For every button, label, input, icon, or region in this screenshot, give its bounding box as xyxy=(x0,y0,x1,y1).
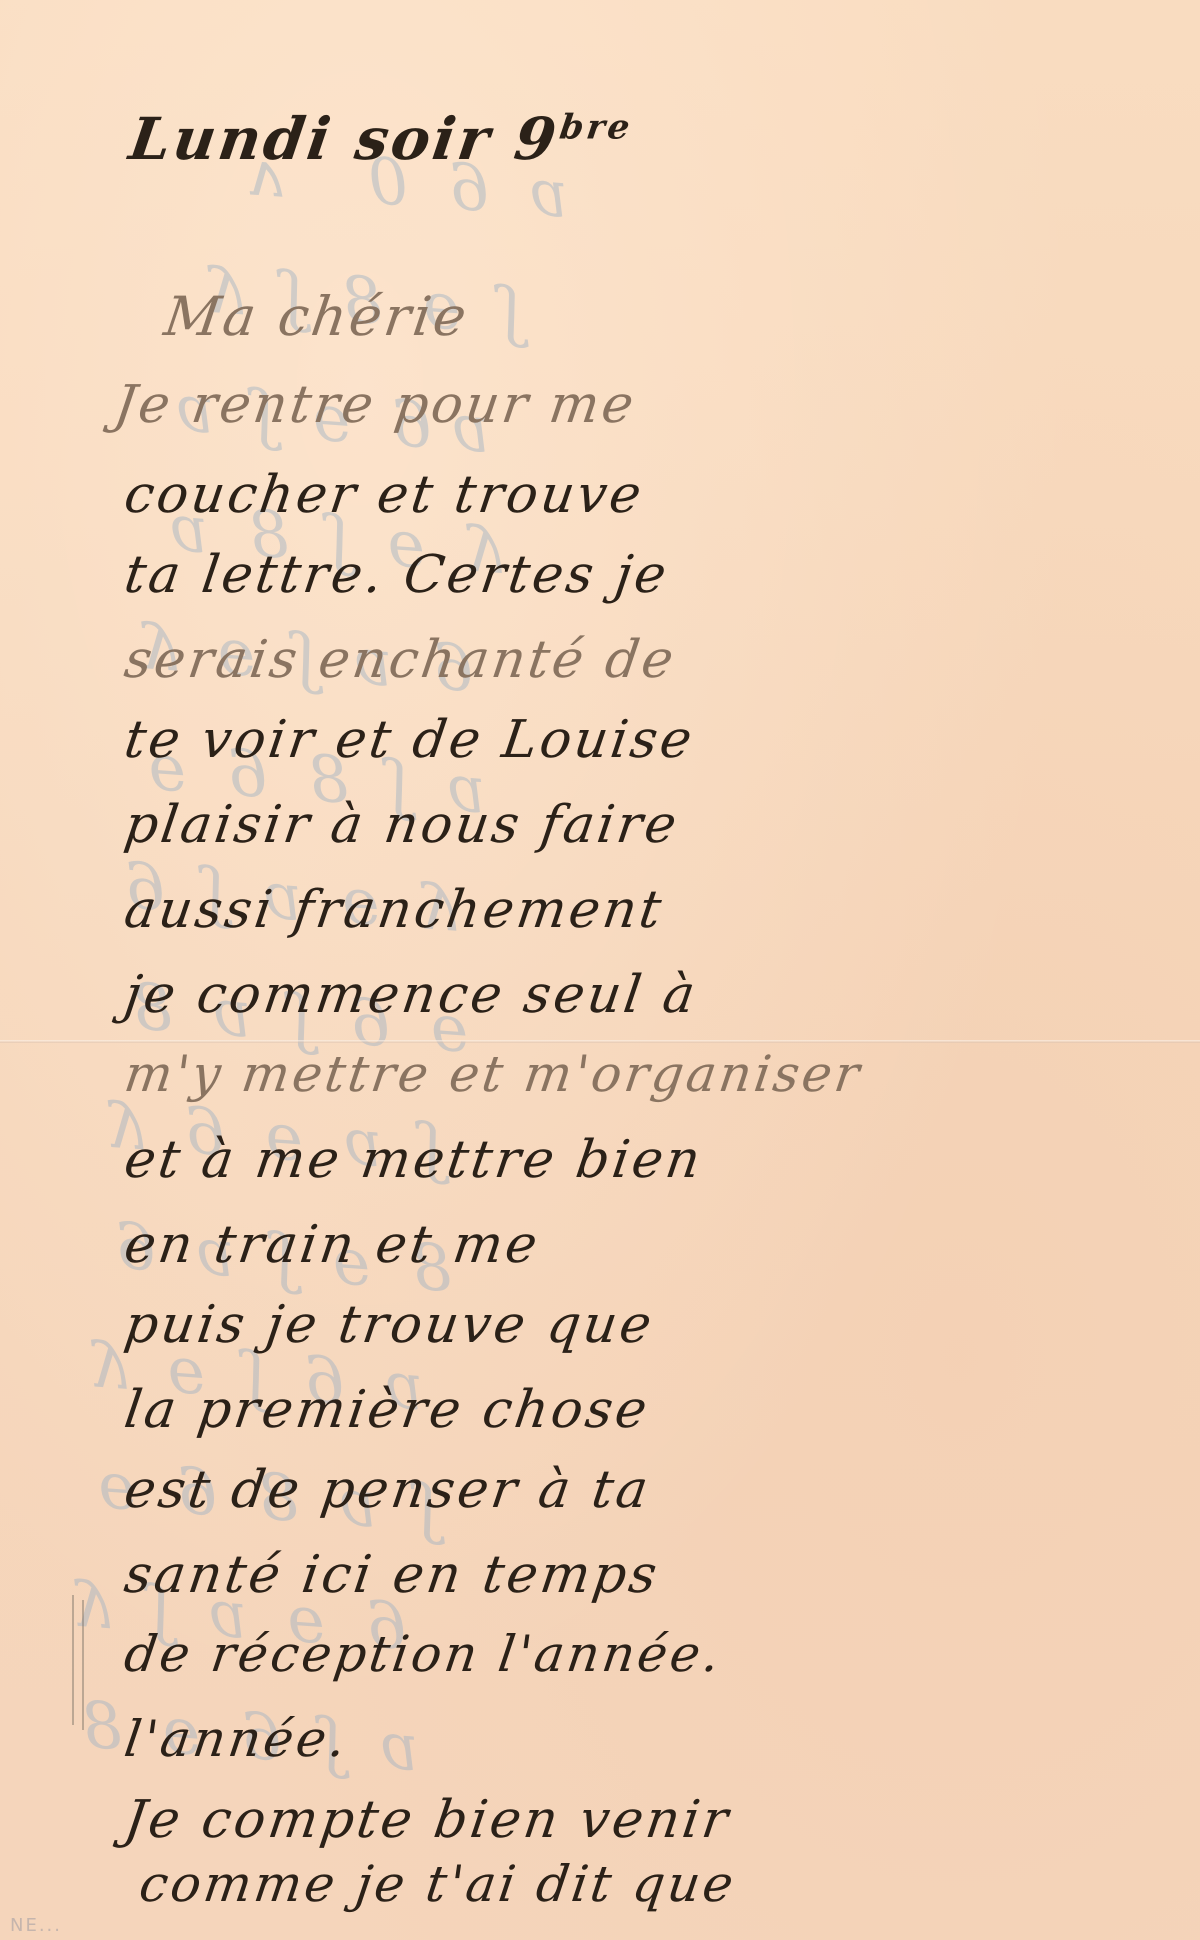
body-line: et à me mettre bien xyxy=(121,1130,707,1190)
body-line: de réception l'année. xyxy=(121,1625,726,1683)
body-line: en train et me xyxy=(121,1215,544,1275)
body-line: santé ici en temps xyxy=(121,1545,663,1605)
date-text: Lundi soir 9 xyxy=(125,105,563,173)
body-line: puis je trouve que xyxy=(121,1295,658,1355)
body-line: m'y mettre et m'organiser xyxy=(121,1045,866,1103)
body-line: la première chose xyxy=(121,1380,654,1440)
date-line: Lundi soir 9bre xyxy=(125,105,635,173)
body-line: coucher et trouve xyxy=(121,465,648,525)
body-line: comme je t'ai dit que xyxy=(136,1855,740,1913)
pencil-margin-mark xyxy=(82,1600,84,1730)
body-line: Je rentre pour me xyxy=(111,375,640,435)
paper-fold xyxy=(0,1040,1200,1043)
corner-stamp: NE... xyxy=(10,1915,62,1936)
body-line: te voir et de Louise xyxy=(121,710,699,770)
pencil-margin-mark xyxy=(72,1595,74,1725)
letter-page: ɐ 6 0 ʌ ʃ ɘ 8 ʃ ʎ ɐ 6 ɘ ʃ ɐ ʎ ɘ ʃ 8 ɐ 6 … xyxy=(0,0,1200,1940)
body-line: plaisir à nous faire xyxy=(121,795,683,855)
body-line: Je compte bien venir xyxy=(121,1790,735,1850)
body-line: est de penser à ta xyxy=(121,1460,655,1520)
body-line: ta lettre. Certes je xyxy=(121,545,673,605)
body-line: serais enchanté de xyxy=(121,630,680,690)
body-line: je commence seul à xyxy=(121,965,702,1025)
body-line: l'année. xyxy=(121,1710,352,1768)
salutation: Ma chérie xyxy=(161,285,474,348)
body-line: aussi franchement xyxy=(121,880,668,940)
date-superscript: bre xyxy=(557,108,635,148)
